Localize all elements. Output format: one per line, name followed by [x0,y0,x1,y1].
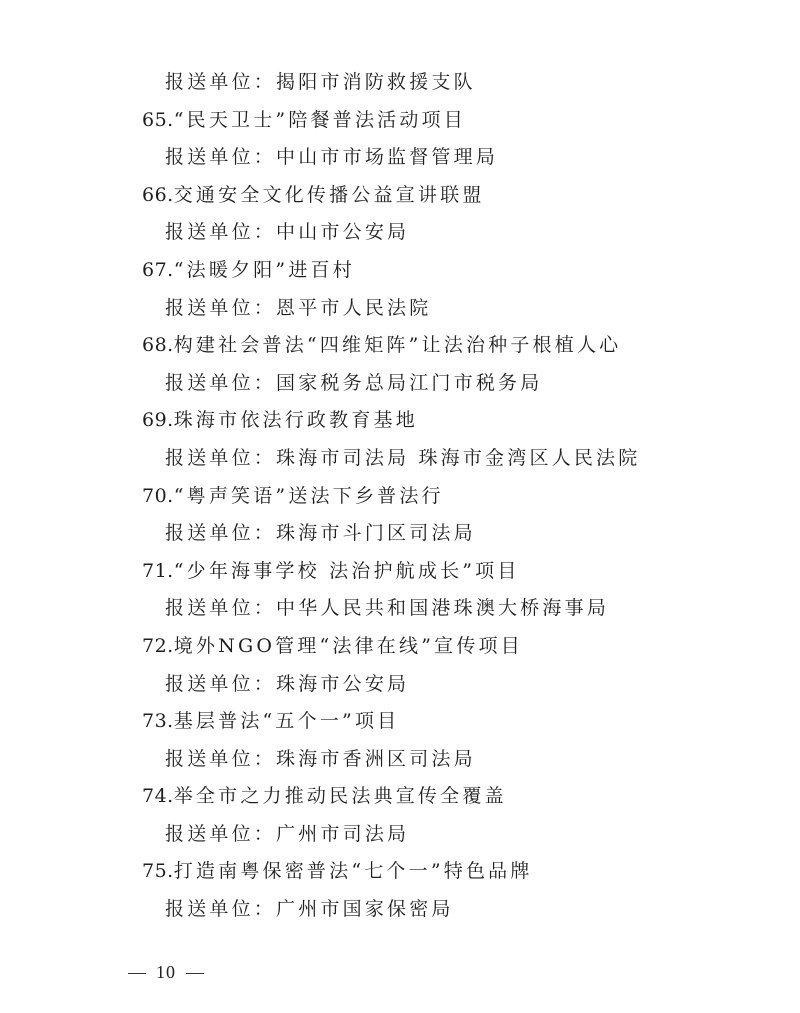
unit-name: 国家税务总局江门市税务局 [276,372,542,394]
submitting-unit-line: 报送单位：广州市司法局 [142,816,662,854]
entry-number: 69. [142,409,174,431]
entry-title-line: 74.举全市之力推动民法典宣传全覆盖 [142,778,662,816]
entry-number: 74. [142,785,174,807]
document-page: 报送单位：揭阳市消防救援支队 65.“民天卫士”陪餐普法活动项目 报送单位：中山… [0,0,800,1013]
unit-name: 珠海市司法局 珠海市金湾区人民法院 [276,447,640,469]
submitting-unit-line: 报送单位：珠海市司法局 珠海市金湾区人民法院 [142,440,662,478]
submitting-unit-line: 报送单位：广州市国家保密局 [142,891,662,929]
unit-label: 报送单位： [165,372,276,394]
submitting-unit-line: 报送单位：揭阳市消防救援支队 [142,64,662,102]
entry-number: 72. [142,635,174,657]
entry-title: 珠海市依法行政教育基地 [174,409,418,431]
unit-label: 报送单位： [165,297,276,319]
entry-title-line: 72.境外NGO管理“法律在线”宣传项目 [142,628,662,666]
submitting-unit-line: 报送单位：中山市市场监督管理局 [142,139,662,177]
entry-title: 构建社会普法“四维矩阵”让法治种子根植人心 [174,334,622,356]
submitting-unit-line: 报送单位：恩平市人民法院 [142,290,662,328]
entry-number: 66. [142,184,174,206]
unit-name: 中山市公安局 [276,221,409,243]
unit-label: 报送单位： [165,597,276,619]
entry-number: 68. [142,334,174,356]
entry-title: 打造南粤保密普法“七个一”特色品牌 [174,860,533,882]
entry-title-line: 70.“粤声笑语”送法下乡普法行 [142,478,662,516]
unit-label: 报送单位： [165,71,276,93]
submitting-unit-line: 报送单位：珠海市斗门区司法局 [142,515,662,553]
unit-name: 揭阳市消防救援支队 [276,71,476,93]
unit-label: 报送单位： [165,146,276,168]
entry-title-line: 75.打造南粤保密普法“七个一”特色品牌 [142,853,662,891]
entry-title: “民天卫士”陪餐普法活动项目 [174,109,466,131]
unit-label: 报送单位： [165,673,276,695]
entry-title-line: 71.“少年海事学校 法治护航成长”项目 [142,553,662,591]
page-footer: 10 [118,962,214,983]
entry-number: 67. [142,259,174,281]
unit-label: 报送单位： [165,221,276,243]
entry-title: “粤声笑语”送法下乡普法行 [174,485,444,507]
unit-label: 报送单位： [165,522,276,544]
page-number: 10 [156,962,176,982]
entry-title-line: 69.珠海市依法行政教育基地 [142,402,662,440]
submitting-unit-line: 报送单位：珠海市公安局 [142,666,662,704]
unit-label: 报送单位： [165,898,276,920]
unit-name: 珠海市公安局 [276,673,409,695]
unit-name: 中山市市场监督管理局 [276,146,498,168]
entry-title: 举全市之力推动民法典宣传全覆盖 [174,785,507,807]
unit-name: 珠海市斗门区司法局 [276,522,476,544]
entry-title: 境外NGO管理“法律在线”宣传项目 [174,635,523,657]
unit-name: 恩平市人民法院 [276,297,431,319]
submitting-unit-line: 报送单位：珠海市香洲区司法局 [142,741,662,779]
entry-number: 71. [142,560,174,582]
unit-name: 广州市国家保密局 [276,898,454,920]
entry-title: “法暖夕阳”进百村 [174,259,355,281]
unit-name: 广州市司法局 [276,823,409,845]
entry-title: 基层普法“五个一”项目 [174,710,400,732]
entry-title-line: 73.基层普法“五个一”项目 [142,703,662,741]
unit-label: 报送单位： [165,447,276,469]
entry-number: 70. [142,485,174,507]
unit-name: 珠海市香洲区司法局 [276,748,476,770]
unit-name: 中华人民共和国港珠澳大桥海事局 [276,597,609,619]
entry-title-line: 66.交通安全文化传播公益宣讲联盟 [142,177,662,215]
entry-list: 报送单位：揭阳市消防救援支队 65.“民天卫士”陪餐普法活动项目 报送单位：中山… [142,64,662,929]
unit-label: 报送单位： [165,823,276,845]
entry-title-line: 68.构建社会普法“四维矩阵”让法治种子根植人心 [142,327,662,365]
footer-dash-right [186,973,204,974]
submitting-unit-line: 报送单位：国家税务总局江门市税务局 [142,365,662,403]
submitting-unit-line: 报送单位：中山市公安局 [142,214,662,252]
entry-title-line: 65.“民天卫士”陪餐普法活动项目 [142,102,662,140]
submitting-unit-line: 报送单位：中华人民共和国港珠澳大桥海事局 [142,590,662,628]
unit-label: 报送单位： [165,748,276,770]
entry-number: 65. [142,109,174,131]
entry-number: 73. [142,710,174,732]
entry-number: 75. [142,860,174,882]
entry-title-line: 67.“法暖夕阳”进百村 [142,252,662,290]
footer-dash-left [128,973,146,974]
entry-title: 交通安全文化传播公益宣讲联盟 [174,184,485,206]
entry-title: “少年海事学校 法治护航成长”项目 [174,560,520,582]
